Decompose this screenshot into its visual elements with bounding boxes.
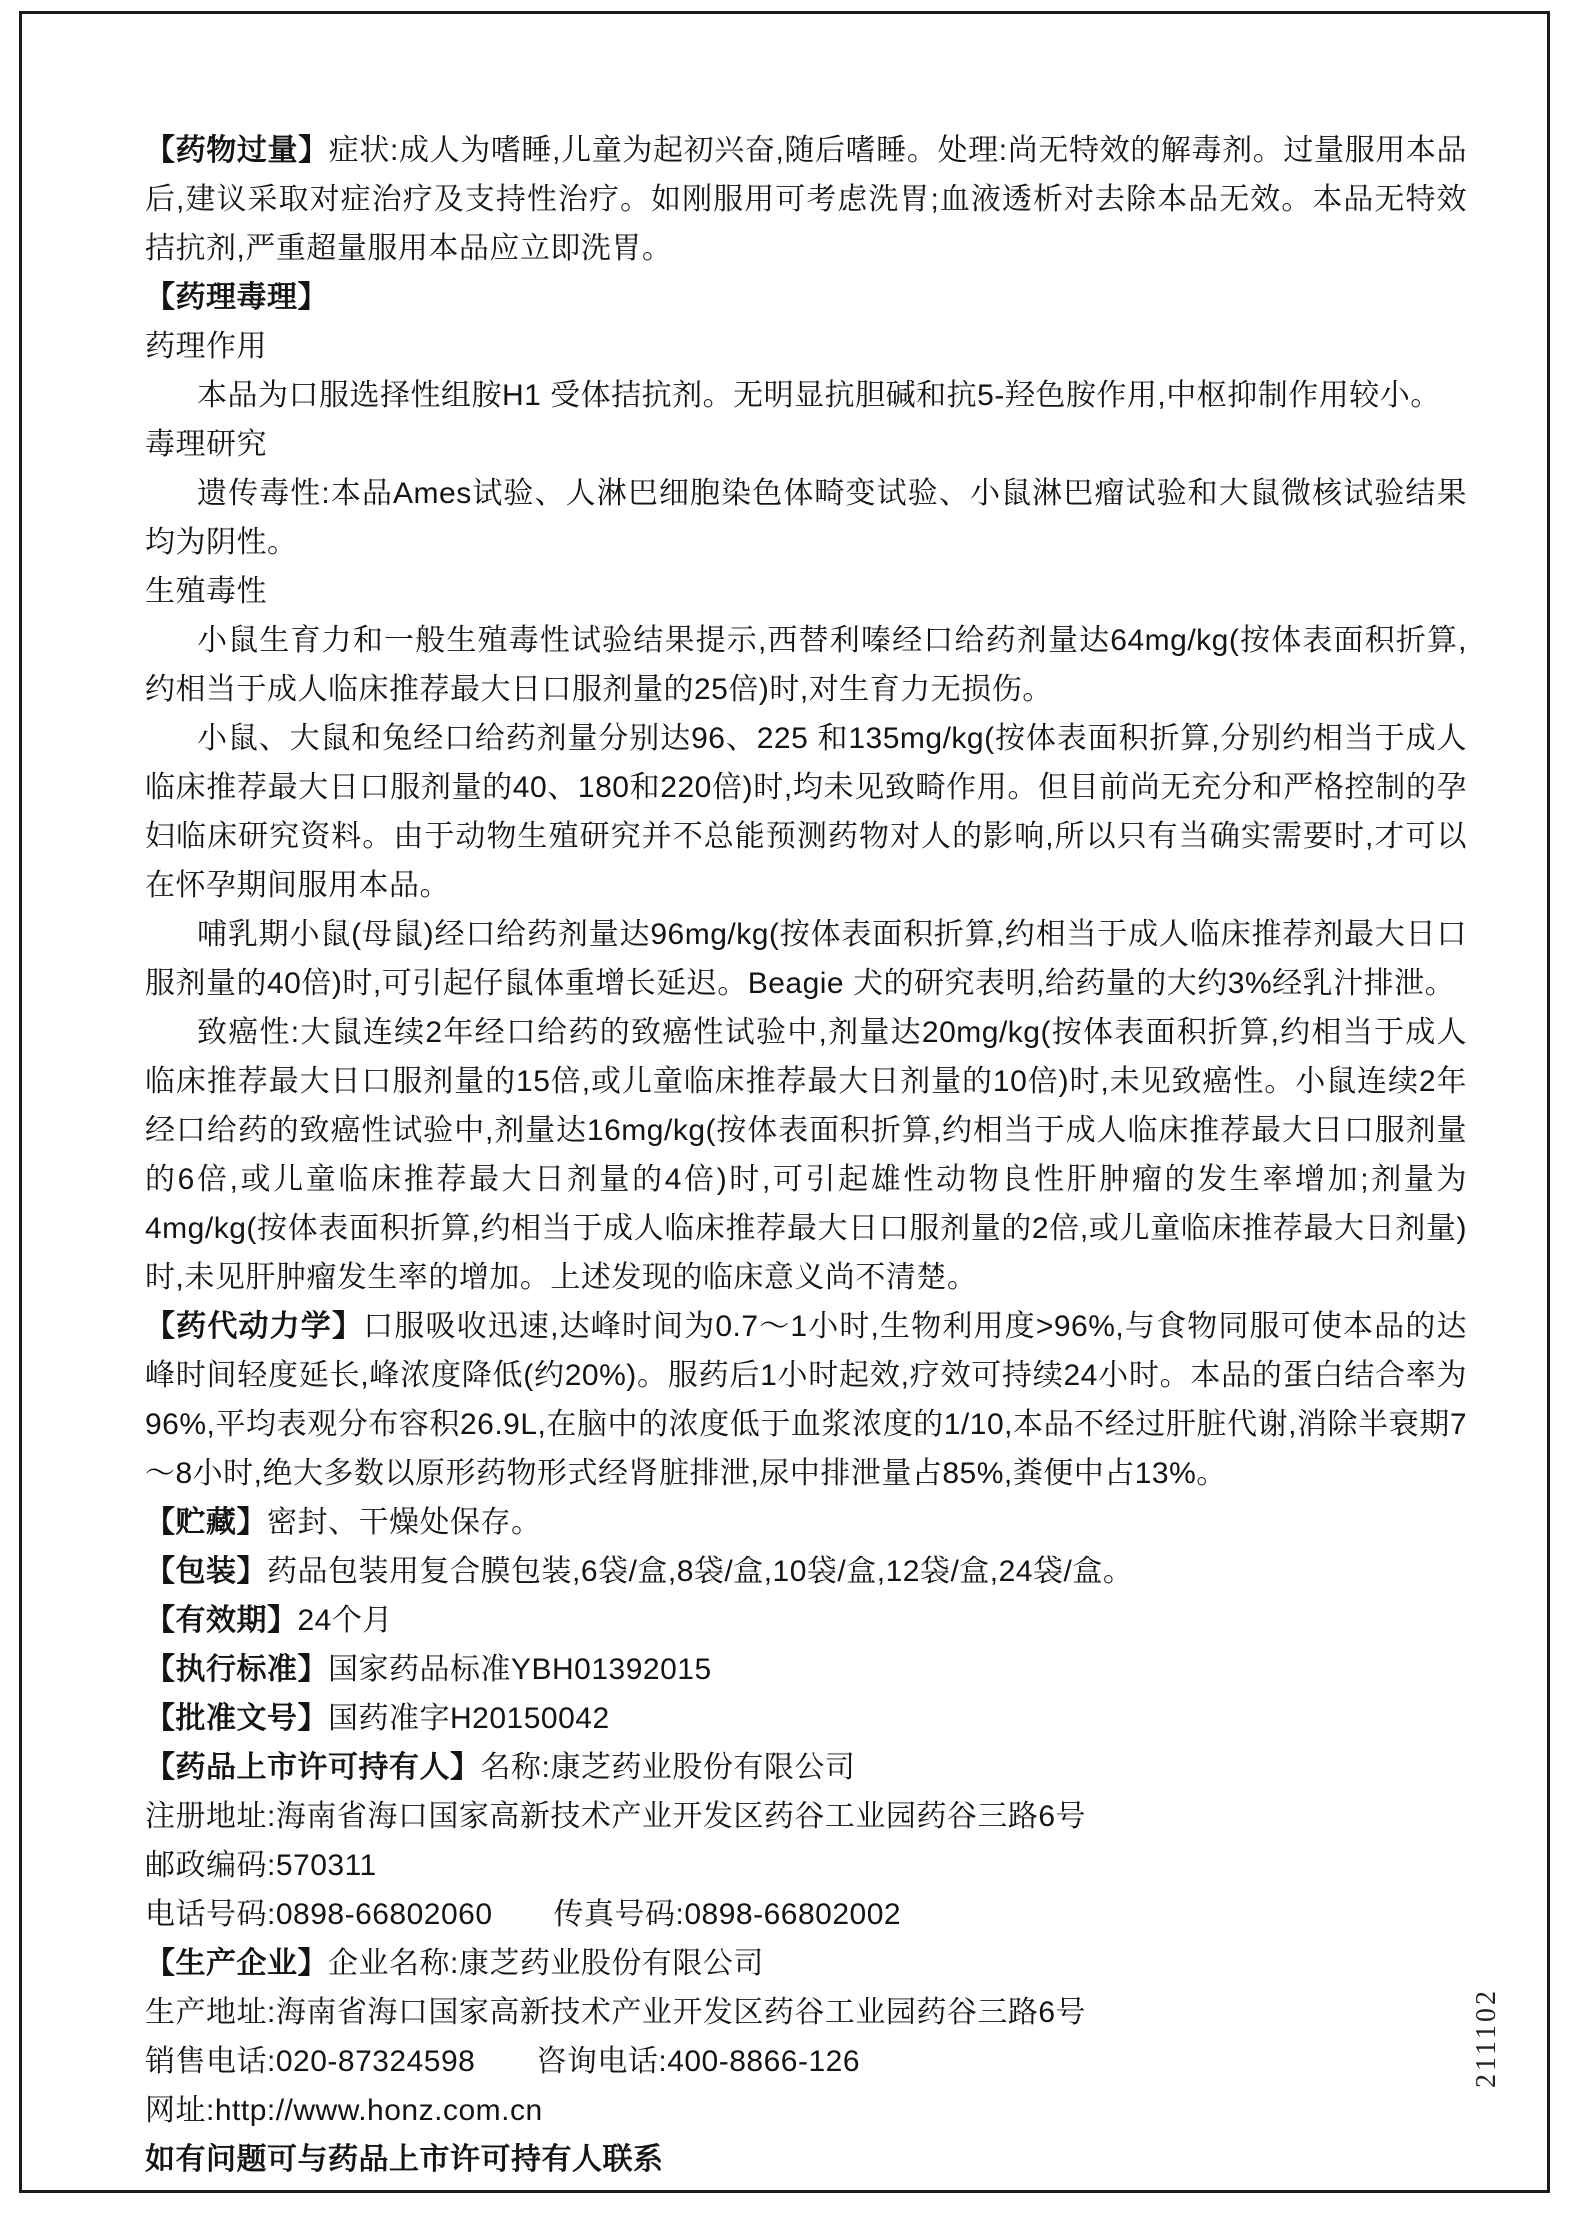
paragraph-text: 生产地址:海南省海口国家高新技术产业开发区药谷工业园药谷三路6号 (145, 1996, 1086, 2029)
print-code: 211102 (1471, 1988, 1503, 2088)
paragraph: 小鼠生育力和一般生殖毒性试验结果提示,西替利嗪经口给药剂量达64mg/kg(按体… (145, 616, 1467, 714)
paragraph-text: 销售电话:020-87324598 咨询电话:400-8866-126 (145, 2045, 860, 2078)
paragraph: 遗传毒性:本品Ames试验、人淋巴细胞染色体畸变试验、小鼠淋巴瘤试验和大鼠微核试… (145, 469, 1467, 567)
paragraph: 【药理毒理】 (145, 273, 1467, 322)
paragraph: 毒理研究 (145, 420, 1467, 469)
paragraph-text: 症状:成人为嗜睡,儿童为起初兴奋,随后嗜睡。处理:尚无特效的解毒剂。过量服用本品… (145, 134, 1467, 265)
section-label: 【药物过量】 (145, 134, 329, 167)
paragraph: 邮政编码:570311 (145, 1841, 1467, 1890)
paragraph-text: 密封、干燥处保存。 (267, 1506, 542, 1539)
paragraph-text: 致癌性:大鼠连续2年经口给药的致癌性试验中,剂量达20mg/kg(按体表面积折算… (145, 1016, 1467, 1294)
paragraph: 本品为口服选择性组胺H1 受体拮抗剂。无明显抗胆碱和抗5-羟色胺作用,中枢抑制作… (145, 371, 1467, 420)
paragraph: 【包装】药品包装用复合膜包装,6袋/盒,8袋/盒,10袋/盒,12袋/盒,24袋… (145, 1547, 1467, 1596)
paragraph-text: 名称:康芝药业股份有限公司 (481, 1751, 856, 1784)
section-label: 【药品上市许可持有人】 (145, 1751, 481, 1784)
paragraph: 【生产企业】企业名称:康芝药业股份有限公司 (145, 1939, 1467, 1988)
paragraph-text: 国家药品标准YBH01392015 (328, 1653, 712, 1686)
paragraph-text: 小鼠生育力和一般生殖毒性试验结果提示,西替利嗪经口给药剂量达64mg/kg(按体… (145, 624, 1467, 706)
section-label: 【执行标准】 (145, 1653, 328, 1686)
paragraph: 【执行标准】国家药品标准YBH01392015 (145, 1645, 1467, 1694)
paragraph-text: 网址:http://www.honz.com.cn (145, 2094, 543, 2127)
section-label: 【包装】 (145, 1555, 267, 1588)
paragraph-text: 毒理研究 (145, 428, 267, 461)
paragraph: 如有问题可与药品上市许可持有人联系 (145, 2135, 1467, 2184)
paragraph-text: 企业名称:康芝药业股份有限公司 (328, 1947, 764, 1980)
document-body: 【药物过量】症状:成人为嗜睡,儿童为起初兴奋,随后嗜睡。处理:尚无特效的解毒剂。… (145, 126, 1467, 2184)
paragraph: 【药代动力学】口服吸收迅速,达峰时间为0.7～1小时,生物利用度>96%,与食物… (145, 1302, 1467, 1498)
paragraph-text: 24个月 (298, 1604, 393, 1637)
paragraph-text: 药理作用 (145, 330, 267, 363)
paragraph-text: 本品为口服选择性组胺H1 受体拮抗剂。无明显抗胆碱和抗5-羟色胺作用,中枢抑制作… (197, 379, 1441, 412)
section-label: 【生产企业】 (145, 1947, 328, 1980)
section-label: 【药理毒理】 (145, 281, 328, 314)
paragraph-text: 电话号码:0898-66802060 传真号码:0898-66802002 (145, 1898, 901, 1931)
paragraph: 电话号码:0898-66802060 传真号码:0898-66802002 (145, 1890, 1467, 1939)
paragraph: 生殖毒性 (145, 567, 1467, 616)
paragraph: 【有效期】24个月 (145, 1596, 1467, 1645)
paragraph-text: 国药准字H20150042 (328, 1702, 610, 1735)
paragraph-text: 遗传毒性:本品Ames试验、人淋巴细胞染色体畸变试验、小鼠淋巴瘤试验和大鼠微核试… (145, 477, 1467, 559)
paragraph: 小鼠、大鼠和兔经口给药剂量分别达96、225 和135mg/kg(按体表面积折算… (145, 714, 1467, 910)
paragraph: 生产地址:海南省海口国家高新技术产业开发区药谷工业园药谷三路6号 (145, 1988, 1467, 2037)
section-label: 【有效期】 (145, 1604, 298, 1637)
paragraph: 【药物过量】症状:成人为嗜睡,儿童为起初兴奋,随后嗜睡。处理:尚无特效的解毒剂。… (145, 126, 1467, 273)
paragraph: 网址:http://www.honz.com.cn (145, 2086, 1467, 2135)
section-label: 【药代动力学】 (145, 1310, 363, 1343)
paragraph: 哺乳期小鼠(母鼠)经口给药剂量达96mg/kg(按体表面积折算,约相当于成人临床… (145, 910, 1467, 1008)
paragraph-text: 药品包装用复合膜包装,6袋/盒,8袋/盒,10袋/盒,12袋/盒,24袋/盒。 (267, 1555, 1133, 1588)
paragraph-text: 如有问题可与药品上市许可持有人联系 (145, 2143, 664, 2176)
paragraph: 【贮藏】密封、干燥处保存。 (145, 1498, 1467, 1547)
paragraph-text: 小鼠、大鼠和兔经口给药剂量分别达96、225 和135mg/kg(按体表面积折算… (145, 722, 1467, 902)
paragraph-text: 哺乳期小鼠(母鼠)经口给药剂量达96mg/kg(按体表面积折算,约相当于成人临床… (145, 918, 1467, 1000)
paragraph: 销售电话:020-87324598 咨询电话:400-8866-126 (145, 2037, 1467, 2086)
paragraph: 致癌性:大鼠连续2年经口给药的致癌性试验中,剂量达20mg/kg(按体表面积折算… (145, 1008, 1467, 1302)
paragraph: 注册地址:海南省海口国家高新技术产业开发区药谷工业园药谷三路6号 (145, 1792, 1467, 1841)
paragraph-text: 邮政编码:570311 (145, 1849, 377, 1882)
paragraph-text: 注册地址:海南省海口国家高新技术产业开发区药谷工业园药谷三路6号 (145, 1800, 1086, 1833)
paragraph: 药理作用 (145, 322, 1467, 371)
section-label: 【贮藏】 (145, 1506, 267, 1539)
paragraph: 【药品上市许可持有人】名称:康芝药业股份有限公司 (145, 1743, 1467, 1792)
paragraph: 【批准文号】国药准字H20150042 (145, 1694, 1467, 1743)
section-label: 【批准文号】 (145, 1702, 328, 1735)
paragraph-text: 生殖毒性 (145, 575, 267, 608)
